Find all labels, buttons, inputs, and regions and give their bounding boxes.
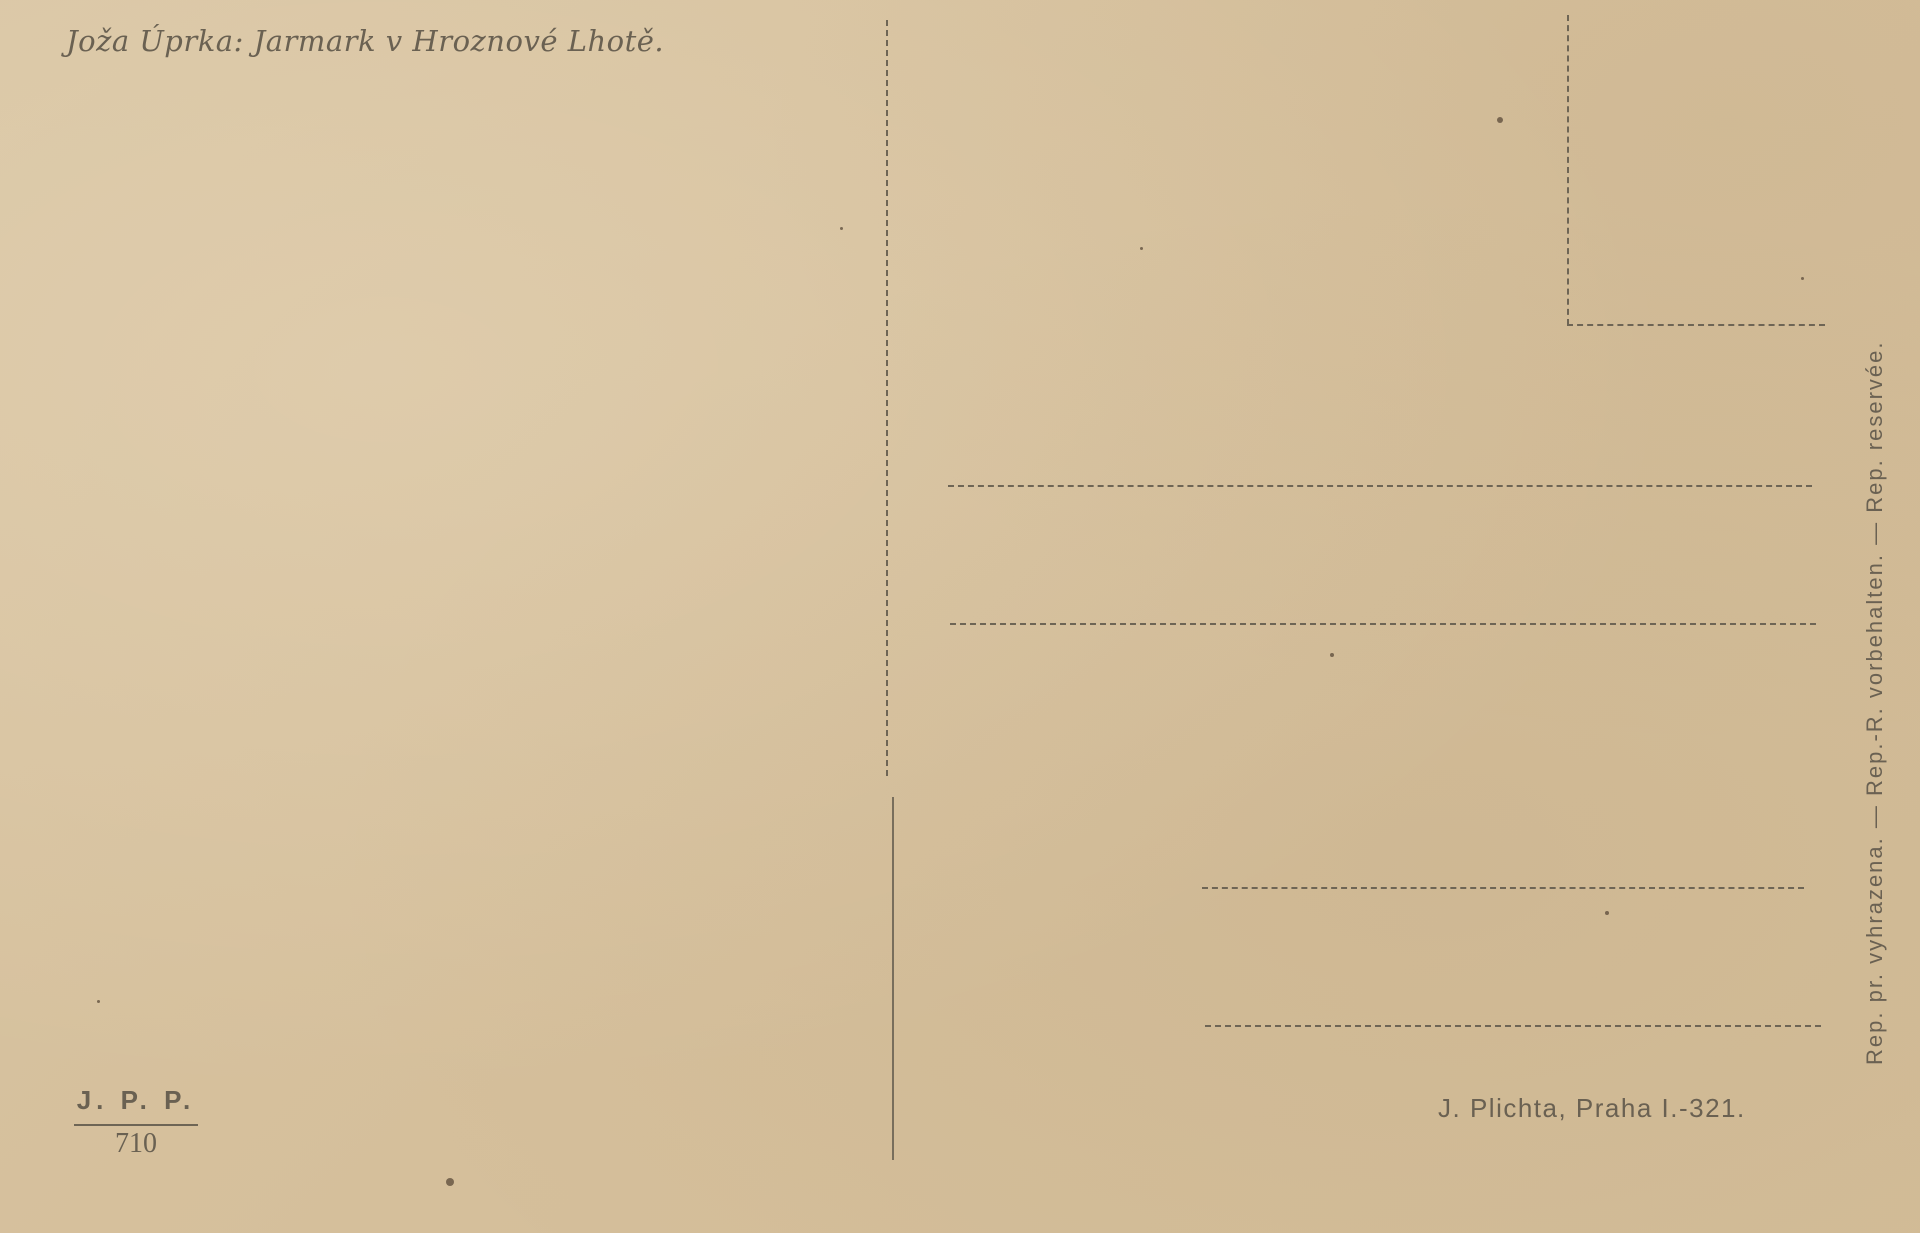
address-line-3 — [1202, 887, 1804, 889]
address-line-1 — [948, 485, 1812, 487]
postcard-paper — [0, 0, 1920, 1233]
series-mark-rule — [74, 1124, 198, 1126]
paper-speck — [1140, 247, 1143, 250]
address-line-2 — [950, 623, 1816, 625]
paper-speck — [1801, 277, 1804, 280]
stamp-box-left-edge — [1567, 15, 1569, 325]
reproduction-rights-notice: Rep. pr. vyhrazena. — Rep.-R. vorbehalte… — [1862, 340, 1888, 1065]
series-mark: J. P. P. — [72, 1085, 200, 1116]
center-divider-dashed — [886, 20, 888, 776]
paper-speck — [446, 1178, 454, 1186]
paper-speck — [97, 1000, 100, 1003]
paper-speck — [1330, 653, 1334, 657]
catalog-number: 710 — [72, 1128, 200, 1160]
paper-speck — [840, 227, 843, 230]
stamp-box-bottom-edge — [1567, 324, 1825, 326]
paper-speck — [1605, 911, 1609, 915]
artwork-title: Joža Úprka: Jarmark v Hroznové Lhotě. — [66, 24, 664, 58]
center-divider-solid — [892, 797, 894, 1160]
address-line-4 — [1205, 1025, 1821, 1027]
paper-speck — [1497, 117, 1503, 123]
publisher-imprint: J. Plichta, Praha I.-321. — [1438, 1093, 1746, 1124]
